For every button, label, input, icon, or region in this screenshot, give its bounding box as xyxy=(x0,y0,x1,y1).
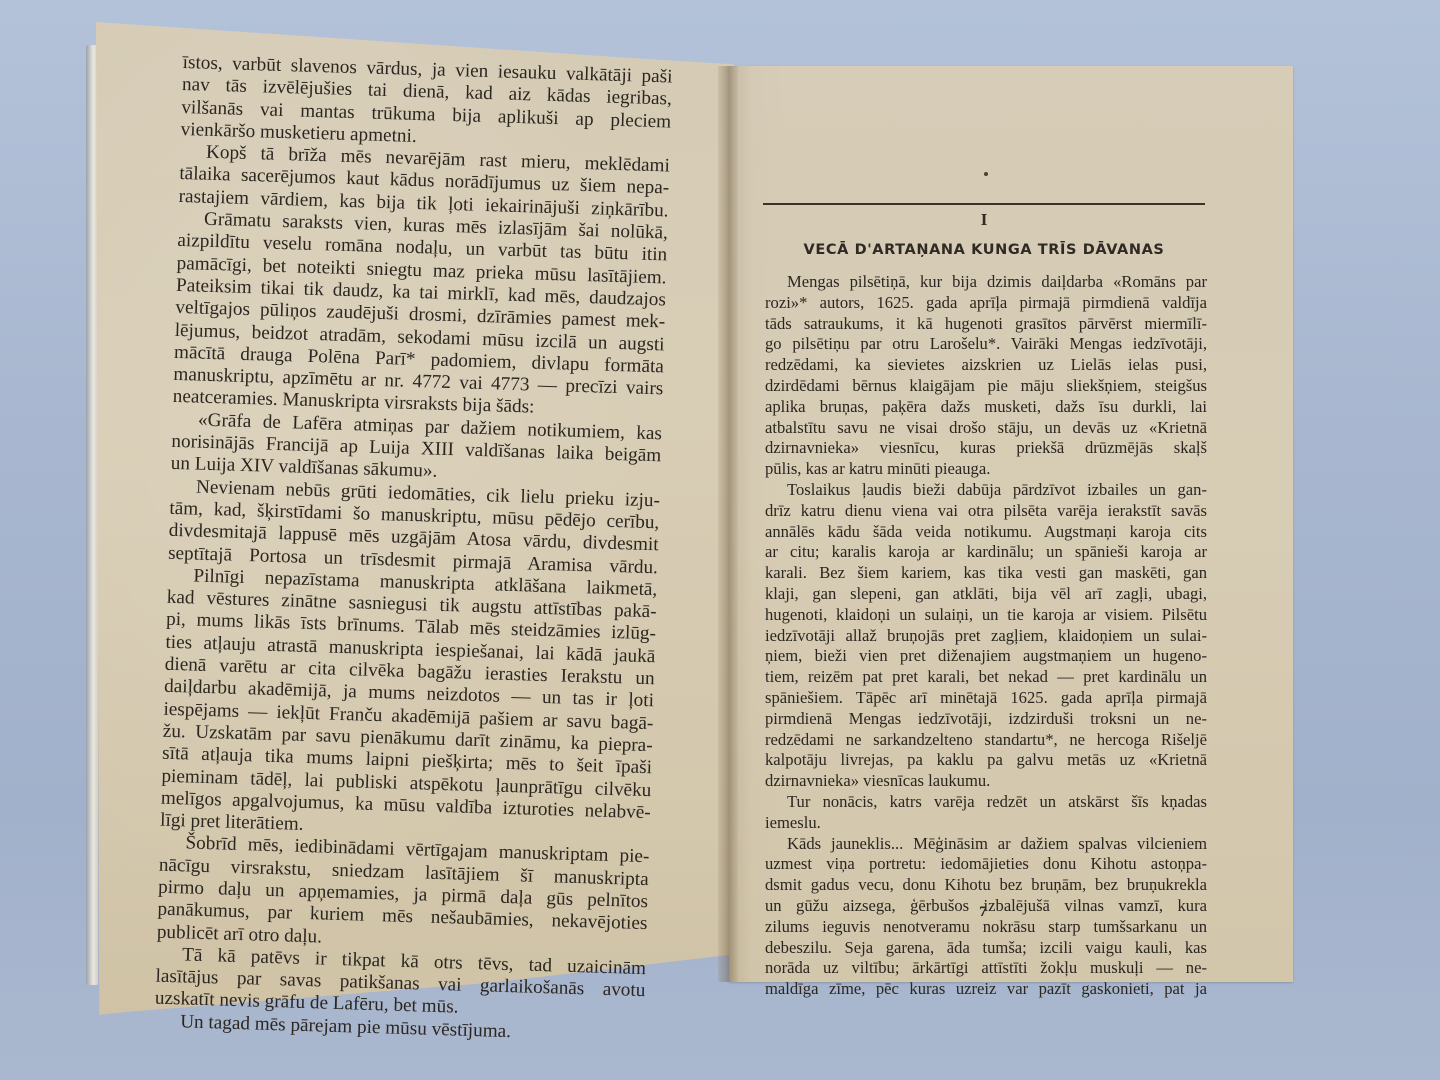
text-line: spāniešiem. Tāpēc arī minētajā 1625. gad… xyxy=(765,688,1207,709)
text-line: pūlis, kas ar katru minūti pieauga. xyxy=(765,459,1207,480)
book-gutter xyxy=(718,66,738,982)
text-line: Kāds jauneklis... Mēģināsim ar dažiem sp… xyxy=(765,834,1207,855)
text-line: ar citu; karalis karoja ar kardinālu; un… xyxy=(765,542,1207,563)
text-line: dsmit gadus vecu, donu Kihotu bez bruņām… xyxy=(765,875,1207,896)
text-line: atbalstītu savu ne visai drošo stāju, un… xyxy=(765,418,1207,439)
text-line: dzirnavnieka» viesnīcas laukumu. xyxy=(765,771,1207,792)
text-line: go pilsētiņu par otru Larošelu*. Vairāki… xyxy=(765,334,1207,355)
text-line: Toslaikus ļaudis bieži dabūja pārdzīvot … xyxy=(765,480,1207,501)
page-number: 7 xyxy=(963,904,1003,921)
text-line: iemeslu. xyxy=(765,813,1207,834)
text-line: maldīga zīme, pēc kuras uzreiz var pazīt… xyxy=(765,979,1207,1000)
chapter-title: VECĀ D'ARTAŅANA KUNGA TRĪS DĀVANAS xyxy=(763,242,1205,258)
text-line: klaji, gan slepeni, gan atklāti, bija vē… xyxy=(765,584,1207,605)
text-line: redzēdami, ka sievietes aizskrien uz Lie… xyxy=(765,355,1207,376)
text-line: uzmest viņa portretu: iedomājieties donu… xyxy=(765,854,1207,875)
text-line: iedzīvotāji allaž bruņojās pret zagļiem,… xyxy=(765,626,1207,647)
right-page-text: Mengas pilsētiņā, kur bija dzimis daiļda… xyxy=(765,272,1207,1000)
text-line: karali. Bez šiem kariem, kas tika vesti … xyxy=(765,563,1207,584)
text-line: debeszilu. Seja garena, āda tumša; izcil… xyxy=(765,938,1207,959)
text-line: drīz katru dienu viena vai otra pilsēta … xyxy=(765,501,1207,522)
text-line: annālēs kādu šāda veida notikumu. Augstm… xyxy=(765,522,1207,543)
text-line: Mengas pilsētiņā, kur bija dzimis daiļda… xyxy=(765,272,1207,293)
text-line: ņiem, bieži vien pret diženajiem augstma… xyxy=(765,646,1207,667)
text-line: rozi»* autors, 1625. gada aprīļa pirmajā… xyxy=(765,293,1207,314)
chapter-rule-divider xyxy=(763,203,1205,205)
left-page-text: īstos, varbūt slavenos vārdus, ja vien i… xyxy=(154,52,673,1047)
text-line: tiem, reizēm pat pret karali, bet nekad … xyxy=(765,667,1207,688)
text-line: kalpotāju livrejas, pa kaklu pa galvu me… xyxy=(765,750,1207,771)
text-line: tāds satraukums, it kā hugenoti grasītos… xyxy=(765,314,1207,335)
text-line: aplika bruņas, paķēra dažs musketi, dažs… xyxy=(765,397,1207,418)
page-stack-edge xyxy=(86,45,98,985)
open-book-spread: īstos, varbūt slavenos vārdus, ja vien i… xyxy=(0,0,1440,1080)
text-line: pirmdienā Mengas iedzīvotāji, izdzirduši… xyxy=(765,709,1207,730)
text-line: Tur nonācis, katrs varēja redzēt un atsk… xyxy=(765,792,1207,813)
text-line: dzirdēdami bērnus klaigājam pie māju sli… xyxy=(765,376,1207,397)
text-line: dzirnavnieka» viesnīcu, kuras priekšā dr… xyxy=(765,438,1207,459)
text-line: norāda uz viltību; ārkārtīgi attīstīti ž… xyxy=(765,958,1207,979)
text-line: hugenoti, klaidoņi un sulaiņi, un tie ka… xyxy=(765,605,1207,626)
text-line: redzēdami ne sarkandzelteno standartu*, … xyxy=(765,730,1207,751)
ornament-dot xyxy=(984,172,988,176)
chapter-number: I xyxy=(763,210,1205,230)
